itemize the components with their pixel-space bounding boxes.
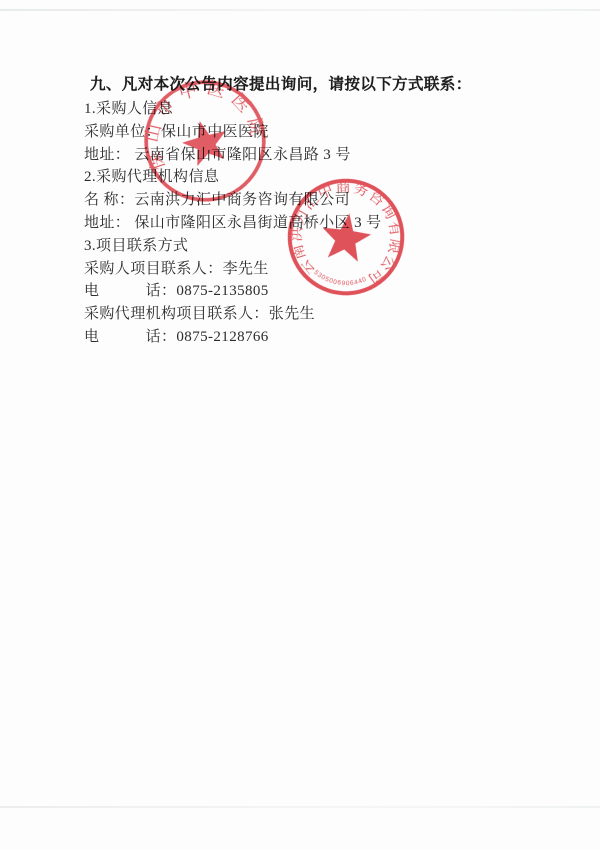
star-icon (178, 115, 233, 168)
doc-line-agency-phone: 电 话：0875-2128766 (84, 326, 564, 349)
scan-edge-top (0, 9, 600, 11)
star-icon (319, 210, 374, 263)
document-page: 九、凡对本次公告内容提出询问，请按以下方式联系： 1.采购人信息 采购单位：保山… (0, 0, 600, 850)
doc-line-agency-contact: 采购代理机构项目联系人：张先生 (84, 303, 564, 326)
scan-edge-bottom (0, 806, 600, 808)
agency-seal: 云南洪力汇中商务咨询有限公司 5305006906440 (276, 167, 416, 307)
